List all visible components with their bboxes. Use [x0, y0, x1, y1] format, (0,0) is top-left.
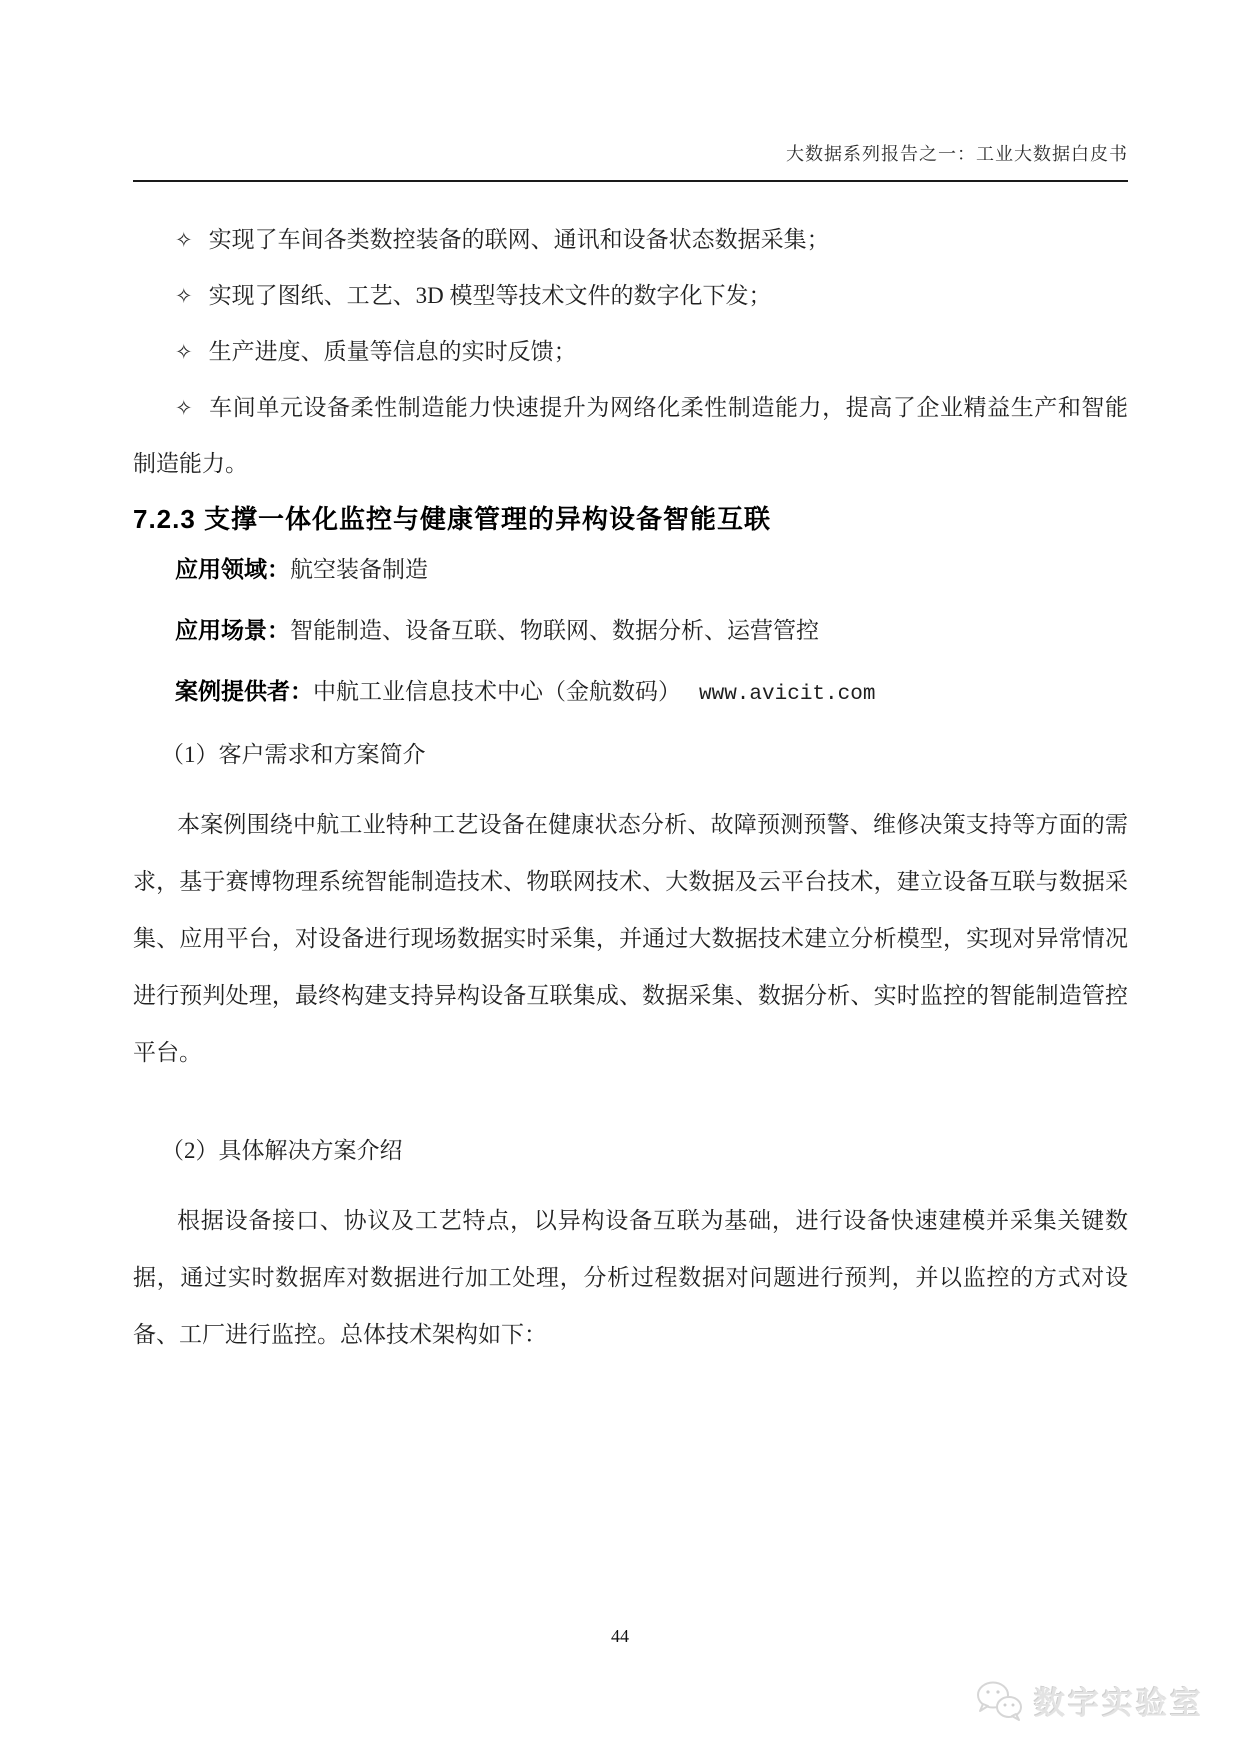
bullet-text: 实现了车间各类数控装备的联网、通讯和设备状态数据采集；: [209, 227, 830, 252]
header-rule: [133, 180, 1128, 182]
paragraph-customer-needs: 本案例围绕中航工业特种工艺设备在健康状态分析、故障预测预警、维修决策支持等方面的…: [133, 796, 1128, 1081]
watermark: 数字实验室: [974, 1678, 1204, 1723]
subsection-heading-2: （2）具体解决方案介绍: [133, 1135, 1128, 1167]
provider-url: www.avicit.com: [699, 683, 875, 706]
bullet-text: 生产进度、质量等信息的实时反馈；: [209, 339, 577, 364]
diamond-bullet-icon: ✧: [175, 381, 193, 436]
page-header: 大数据系列报告之一：工业大数据白皮书: [133, 0, 1128, 182]
field-label: 应用领域：: [175, 556, 290, 582]
field-value: 智能制造、设备互联、物联网、数据分析、运营管控: [290, 618, 819, 643]
page-number: 44: [0, 1626, 1240, 1647]
bullet-item: ✧实现了图纸、工艺、3D 模型等技术文件的数字化下发；: [133, 268, 1128, 324]
case-fields: 应用领域：航空装备制造 应用场景：智能制造、设备互联、物联网、数据分析、运营管控…: [133, 553, 1128, 711]
field-label: 应用场景：: [175, 617, 290, 643]
field-row-application-scenario: 应用场景：智能制造、设备互联、物联网、数据分析、运营管控: [133, 614, 1128, 647]
bullet-item: ✧车间单元设备柔性制造能力快速提升为网络化柔性制造能力，提高了企业精益生产和智能…: [133, 380, 1128, 491]
wechat-icon: [974, 1680, 1024, 1722]
diamond-bullet-icon: ✧: [175, 325, 193, 380]
bullet-item: ✧实现了车间各类数控装备的联网、通讯和设备状态数据采集；: [133, 212, 1128, 268]
watermark-text: 数字实验室: [1034, 1678, 1204, 1723]
field-row-application-domain: 应用领域：航空装备制造: [133, 553, 1128, 586]
subsection-heading-1: （1）客户需求和方案简介: [133, 739, 1128, 771]
field-value: 航空装备制造: [290, 557, 428, 582]
section-heading: 7.2.3 支撑一体化监控与健康管理的异构设备智能互联: [133, 497, 1128, 541]
bullet-text: 实现了图纸、工艺、3D 模型等技术文件的数字化下发；: [209, 283, 772, 308]
diamond-bullet-icon: ✧: [175, 213, 193, 268]
field-label: 案例提供者：: [175, 678, 313, 704]
paragraph-solution: 根据设备接口、协议及工艺特点，以异构设备互联为基础，进行设备快速建模并采集关键数…: [133, 1192, 1128, 1363]
bullet-item: ✧生产进度、质量等信息的实时反馈；: [133, 324, 1128, 380]
bullet-list: ✧实现了车间各类数控装备的联网、通讯和设备状态数据采集； ✧实现了图纸、工艺、3…: [133, 212, 1128, 491]
header-title: 大数据系列报告之一：工业大数据白皮书: [133, 142, 1128, 166]
diamond-bullet-icon: ✧: [175, 269, 193, 324]
field-row-case-provider: 案例提供者：中航工业信息技术中心（金航数码）www.avicit.com: [133, 675, 1128, 711]
field-value: 中航工业信息技术中心（金航数码）: [313, 679, 681, 704]
document-page: 大数据系列报告之一：工业大数据白皮书 ✧实现了车间各类数控装备的联网、通讯和设备…: [0, 0, 1240, 1363]
bullet-text: 车间单元设备柔性制造能力快速提升为网络化柔性制造能力，提高了企业精益生产和智能制…: [133, 395, 1128, 476]
